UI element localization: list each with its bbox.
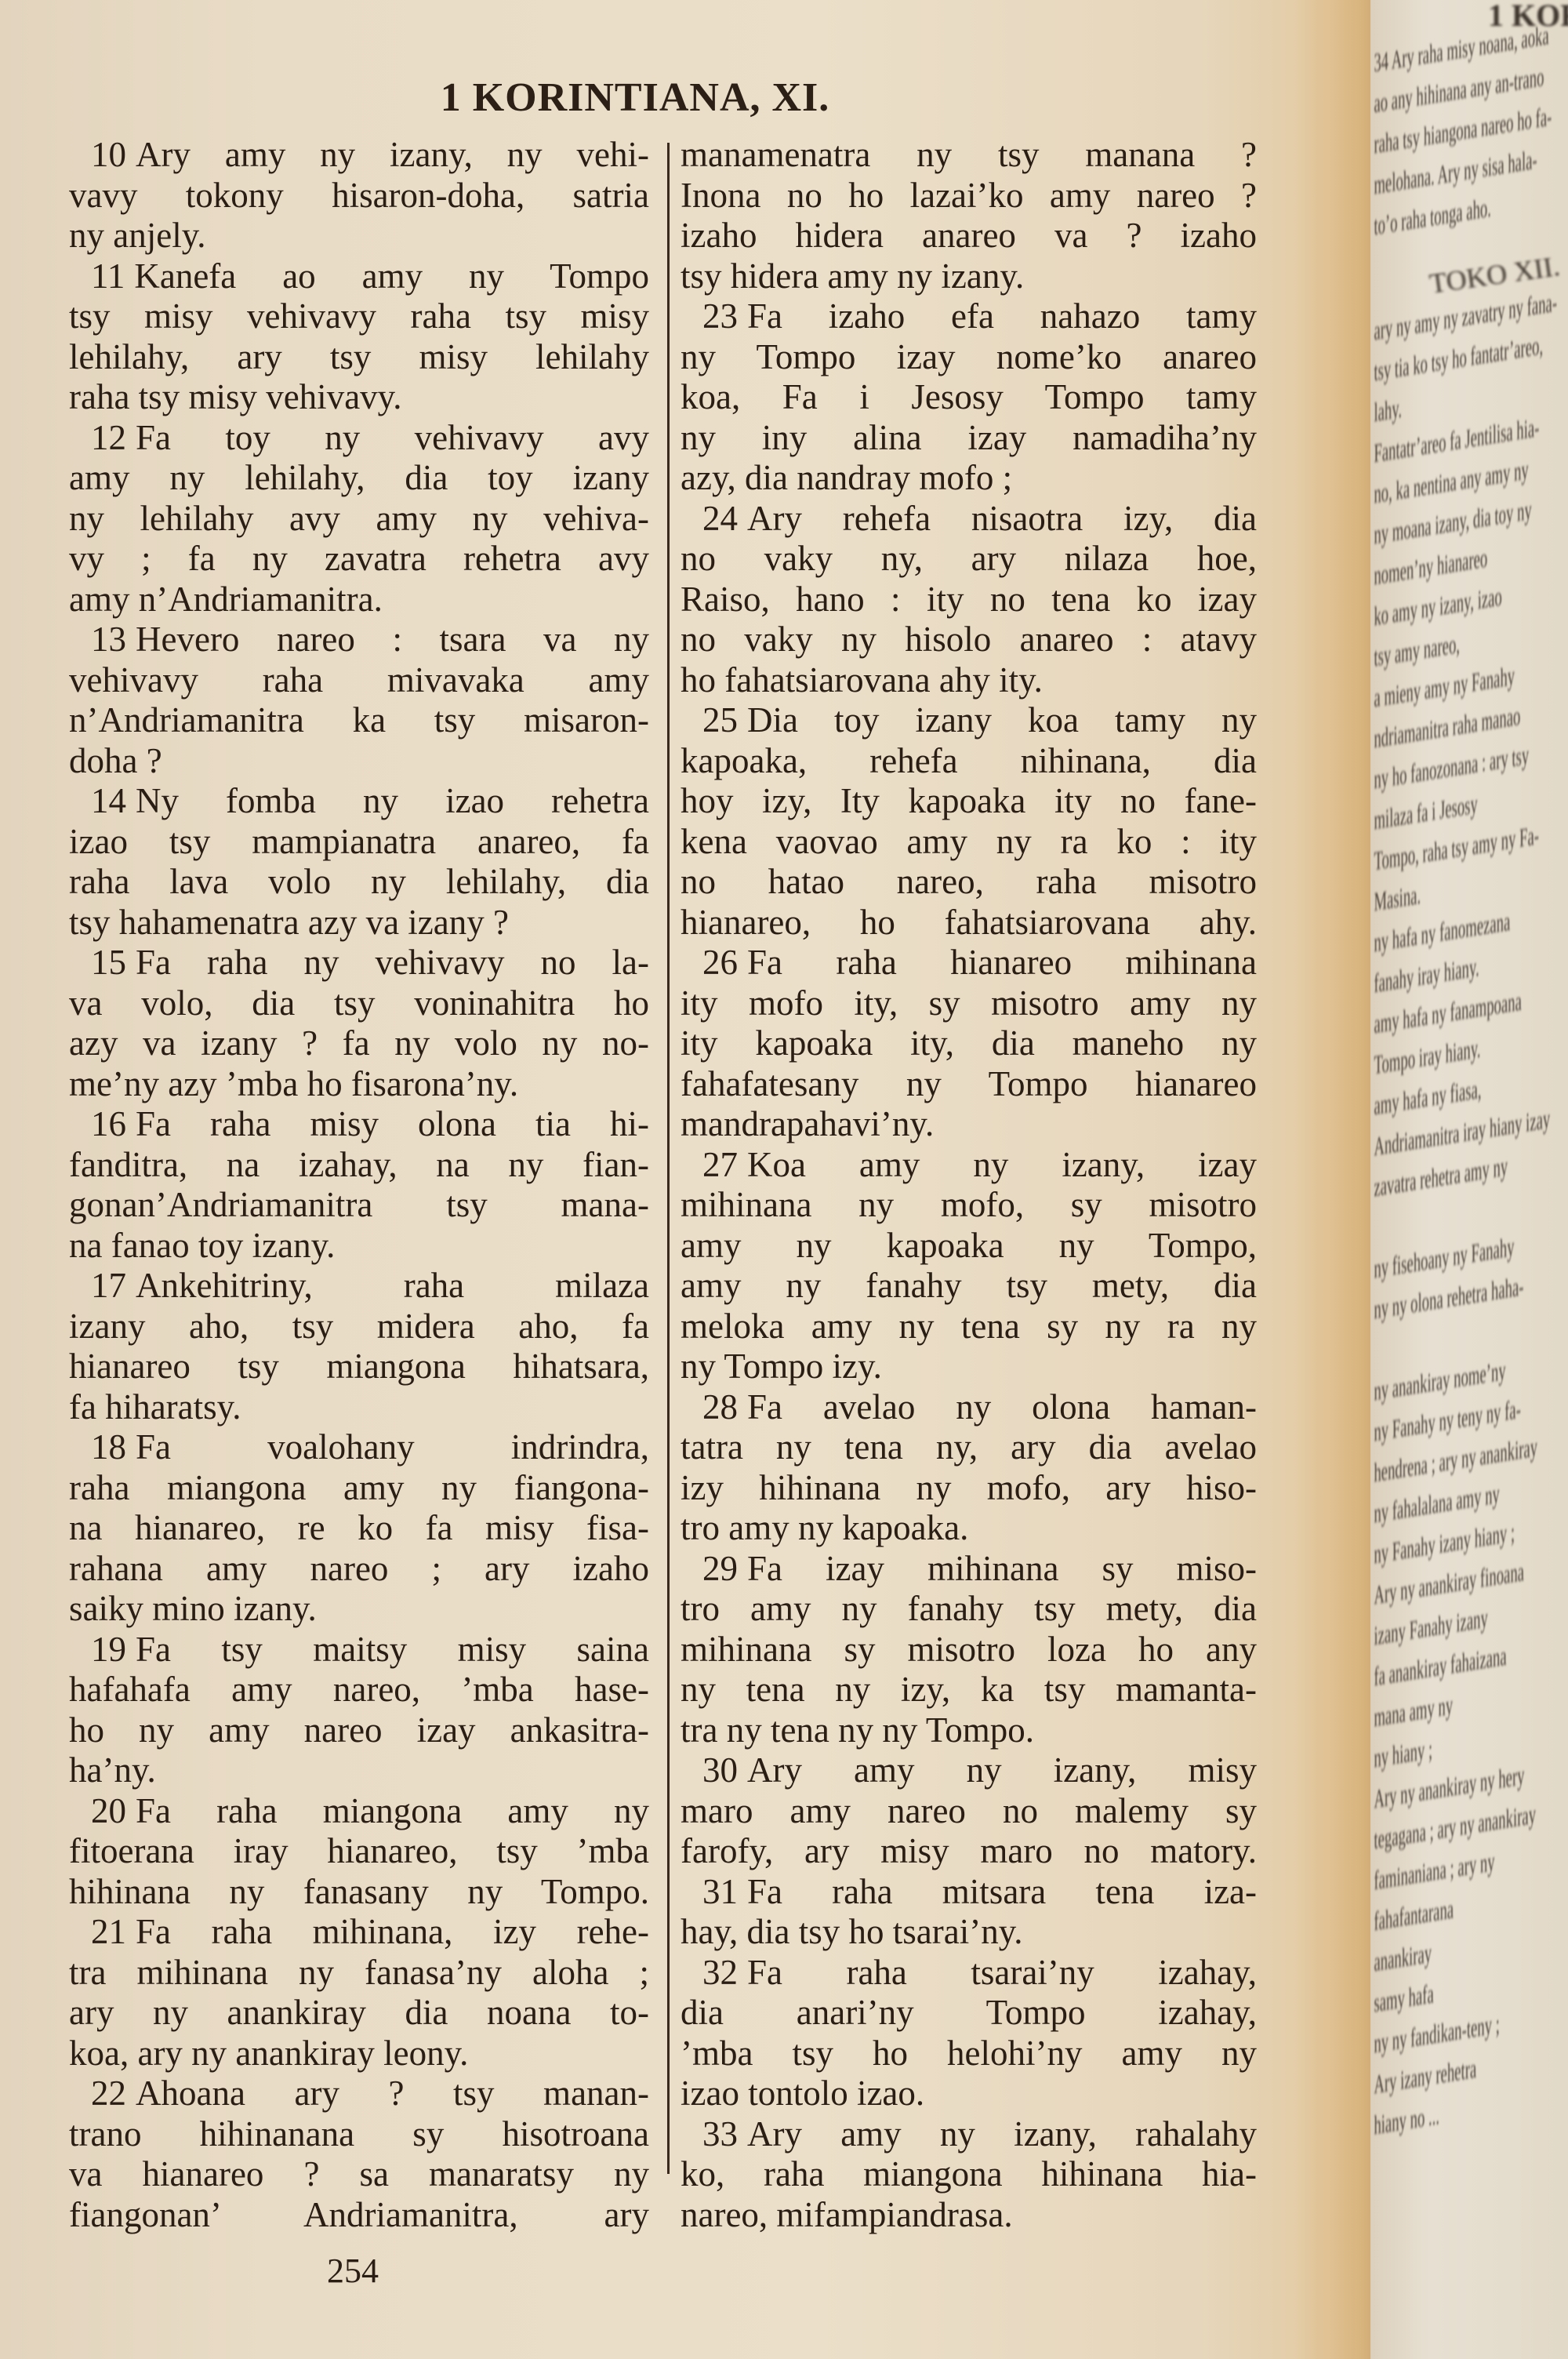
verse-start-line: 13Hevero nareo : tsara va ny xyxy=(69,620,649,660)
line-text: ho ny amy nareo izay ankasitra- xyxy=(69,1710,649,1750)
text-line: va volo, dia tsy voninahitra ho xyxy=(69,983,649,1024)
verse-number: 23 xyxy=(702,296,738,336)
text-line: Inona no ho lazai’ko amy nareo ? xyxy=(681,176,1257,216)
text-line: va hianareo ? sa manaratsy ny xyxy=(69,2154,649,2195)
line-text: doha ? xyxy=(69,741,162,780)
text-line: hafahafa amy nareo, ’mba hase- xyxy=(69,1670,649,1710)
text-line: no vaky ny hisolo anareo : atavy xyxy=(681,620,1257,660)
verse-start-line: 27Koa amy ny izany, izay xyxy=(681,1145,1257,1186)
text-line: ko, raha miangona hihinana hia- xyxy=(681,2154,1257,2195)
line-text: mandrapahavi’ny. xyxy=(681,1104,934,1143)
right-column: manamenatra ny tsy manana ?Inona no ho l… xyxy=(681,135,1257,2235)
line-text: Ahoana ary ? tsy manan- xyxy=(136,2074,649,2113)
text-line: koa, ary ny anankiray leony. xyxy=(69,2034,649,2074)
line-text: farofy, ary misy maro no matory. xyxy=(681,1831,1257,1870)
line-text: no hatao nareo, raha misotro xyxy=(681,862,1257,901)
line-text: me’ny azy ’mba ho fisarona’ny. xyxy=(69,1064,518,1103)
text-line: farofy, ary misy maro no matory. xyxy=(681,1831,1257,1872)
verse-number: 32 xyxy=(702,1953,738,1992)
book-page: 1 KORINTIANA, XI. 10Ary amy ny izany, ny… xyxy=(0,0,1364,2359)
text-line: fitoerana iray hianareo, tsy ’mba xyxy=(69,1831,649,1872)
text-line: ny lehilahy avy amy ny vehiva- xyxy=(69,499,649,540)
line-text: dia anari’ny Tompo izahay, xyxy=(681,1993,1257,2032)
line-text: kapoaka, rehefa nihinana, dia xyxy=(681,741,1257,780)
line-text: tsy hidera amy ny izany. xyxy=(681,256,1024,296)
running-header: 1 KORINTIANA, XI. xyxy=(0,75,1364,121)
line-text: Dia toy izany koa tamy ny xyxy=(747,700,1257,740)
line-text: Fa raha mitsara tena iza- xyxy=(747,1872,1257,1911)
verse-start-line: 25Dia toy izany koa tamy ny xyxy=(681,700,1257,741)
line-text: koa, ary ny anankiray leony. xyxy=(69,2034,468,2073)
verse-number: 12 xyxy=(91,418,126,457)
line-text: tro amy ny kapoaka. xyxy=(681,1508,968,1547)
text-line: ho ny amy nareo izay ankasitra- xyxy=(69,1710,649,1751)
line-text: va volo, dia tsy voninahitra ho xyxy=(69,983,649,1023)
line-text: raha miangona amy ny fiangona- xyxy=(69,1468,649,1507)
line-text: ny anjely. xyxy=(69,216,206,255)
line-text: Ny fomba ny izao rehetra xyxy=(136,781,649,820)
text-line: ha’ny. xyxy=(69,1750,649,1791)
line-text: Hevero nareo : tsara va ny xyxy=(136,620,649,659)
line-text: fitoerana iray hianareo, tsy ’mba xyxy=(69,1831,649,1870)
page-title: 1 KORINTIANA, XI. xyxy=(441,75,830,120)
text-line: dia anari’ny Tompo izahay, xyxy=(681,1993,1257,2034)
verse-start-line: 30Ary amy ny izany, misy xyxy=(681,1750,1257,1791)
text-line: manamenatra ny tsy manana ? xyxy=(681,135,1257,176)
text-line: Raiso, hano : ity no tena ko izay xyxy=(681,580,1257,620)
line-text: Fa raha ny vehivavy no la- xyxy=(136,943,649,982)
text-line: ny anjely. xyxy=(69,216,649,256)
verse-start-line: 22Ahoana ary ? tsy manan- xyxy=(69,2074,649,2114)
text-line: ny tena ny izy, ka tsy mamanta- xyxy=(681,1670,1257,1710)
line-text: ny lehilahy avy amy ny vehiva- xyxy=(69,499,649,538)
line-text: fahafatesany ny Tompo hianareo xyxy=(681,1064,1257,1103)
verse-start-line: 16Fa raha misy olona tia hi- xyxy=(69,1104,649,1145)
text-line: mihinana ny mofo, sy misotro xyxy=(681,1185,1257,1226)
text-line: azy va izany ? fa ny volo ny no- xyxy=(69,1023,649,1064)
text-line: amy n’Andriamanitra. xyxy=(69,580,649,620)
line-text: Fa raha miangona amy ny xyxy=(136,1791,649,1830)
line-text: izao tontolo izao. xyxy=(681,2074,924,2113)
verse-number: 29 xyxy=(702,1549,738,1588)
text-line: tro amy ny kapoaka. xyxy=(681,1508,1257,1549)
text-line: raha lava volo ny lehilahy, dia xyxy=(69,862,649,903)
verse-number: 31 xyxy=(702,1872,738,1911)
line-text: Fa toy ny vehivavy avy xyxy=(136,418,649,457)
line-text: mihinana ny mofo, sy misotro xyxy=(681,1185,1257,1224)
line-text: ny iny alina izay namadiha’ny xyxy=(681,418,1257,457)
line-text: tsy hahamenatra azy va izany ? xyxy=(69,903,509,942)
text-line: doha ? xyxy=(69,741,649,782)
facing-page-text-bottom: ary ny amy ny zavatry ny fana-tsy tia ko… xyxy=(1370,312,1568,2147)
line-text: ny Tompo izay nome’ko anareo xyxy=(681,337,1257,376)
line-text: amy n’Andriamanitra. xyxy=(69,580,383,619)
verse-start-line: 19Fa tsy maitsy misy saina xyxy=(69,1630,649,1670)
line-text: Fa voalohany indrindra, xyxy=(136,1427,649,1467)
text-line: tatra ny tena ny, ary dia avelao xyxy=(681,1427,1257,1468)
line-text: ny Tompo izy. xyxy=(681,1347,882,1386)
text-line: vavy tokony hisaron-doha, satria xyxy=(69,176,649,216)
verse-number: 14 xyxy=(91,781,126,820)
text-line: izaho hidera anareo va ? izaho xyxy=(681,216,1257,256)
line-text: n’Andriamanitra ka tsy misaron- xyxy=(69,700,649,740)
line-text: fiangonan’ Andriamanitra, ary xyxy=(69,2195,649,2234)
verse-start-line: 26Fa raha hianareo mihinana xyxy=(681,943,1257,983)
text-line: trano hihinanana sy hisotroana xyxy=(69,2114,649,2155)
line-text: kena vaovao amy ny ra ko : ity xyxy=(681,822,1257,861)
verse-number: 20 xyxy=(91,1791,126,1830)
line-text: azy, dia nandray mofo ; xyxy=(681,458,1012,497)
line-text: Ary amy ny izany, rahalahy xyxy=(747,2114,1257,2154)
text-line: ity mofo ity, sy misotro amy ny xyxy=(681,983,1257,1024)
line-text: tatra ny tena ny, ary dia avelao xyxy=(681,1427,1257,1467)
column-divider xyxy=(667,143,670,2174)
line-text: na fanao toy izany. xyxy=(69,1226,335,1265)
text-line: fiangonan’ Andriamanitra, ary xyxy=(69,2195,649,2236)
verse-number: 16 xyxy=(91,1104,126,1143)
text-line: n’Andriamanitra ka tsy misaron- xyxy=(69,700,649,741)
verse-number: 24 xyxy=(702,499,738,538)
line-text: gonan’Andriamanitra tsy mana- xyxy=(69,1185,649,1224)
text-line: mandrapahavi’ny. xyxy=(681,1104,1257,1145)
line-text: tro amy ny fanahy tsy mety, dia xyxy=(681,1589,1257,1628)
line-text: ha’ny. xyxy=(69,1750,156,1790)
text-line: kena vaovao amy ny ra ko : ity xyxy=(681,822,1257,863)
text-line: ary ny anankiray dia noana to- xyxy=(69,1993,649,2034)
verse-start-line: 12Fa toy ny vehivavy avy xyxy=(69,418,649,459)
verse-number: 10 xyxy=(91,135,126,174)
text-line: vy ; fa ny zavatra rehetra avy xyxy=(69,539,649,580)
verse-start-line: 32Fa raha tsarai’ny izahay, xyxy=(681,1953,1257,1994)
line-text: ity kapoaka ity, dia maneho ny xyxy=(681,1023,1257,1063)
verse-number: 28 xyxy=(702,1387,738,1427)
text-line: na hianareo, re ko fa misy fisa- xyxy=(69,1508,649,1549)
text-line: hoy izy, Ity kapoaka ity no fane- xyxy=(681,781,1257,822)
verse-start-line: 15Fa raha ny vehivavy no la- xyxy=(69,943,649,983)
line-text: tra mihinana ny fanasa’ny aloha ; xyxy=(69,1953,649,1992)
line-text: ho fahatsiarovana ahy ity. xyxy=(681,660,1043,700)
line-text: azy va izany ? fa ny volo ny no- xyxy=(69,1023,649,1063)
verse-number: 13 xyxy=(91,620,126,659)
verse-start-line: 11Kanefa ao amy ny Tompo xyxy=(69,256,649,297)
line-text: Fa raha tsarai’ny izahay, xyxy=(747,1953,1257,1992)
line-text: izaho hidera anareo va ? izaho xyxy=(681,216,1257,255)
line-text: fa hiharatsy. xyxy=(69,1387,241,1427)
text-line: fa hiharatsy. xyxy=(69,1387,649,1428)
line-text: amy ny kapoaka ny Tompo, xyxy=(681,1226,1257,1265)
text-line: vehivavy raha mivavaka amy xyxy=(69,660,649,701)
line-text: maro amy nareo no malemy sy xyxy=(681,1791,1257,1830)
line-text: amy ny fanahy tsy mety, dia xyxy=(681,1266,1257,1305)
line-text: raha lava volo ny lehilahy, dia xyxy=(69,862,649,901)
line-text: rahana amy nareo ; ary izaho xyxy=(69,1549,649,1588)
line-text: tsy misy vehivavy raha tsy misy xyxy=(69,296,649,336)
line-text: ny tena ny izy, ka tsy mamanta- xyxy=(681,1670,1257,1709)
verse-start-line: 29Fa izay mihinana sy miso- xyxy=(681,1549,1257,1590)
verse-number: 33 xyxy=(702,2114,738,2154)
line-text: Raiso, hano : ity no tena ko izay xyxy=(681,580,1257,619)
verse-number: 11 xyxy=(91,256,125,296)
text-line: ’mba tsy ho helohi’ny amy ny xyxy=(681,2034,1257,2074)
verse-start-line: 20Fa raha miangona amy ny xyxy=(69,1791,649,1832)
line-text: saiky mino izany. xyxy=(69,1589,317,1628)
line-text: na hianareo, re ko fa misy fisa- xyxy=(69,1508,649,1547)
line-text: hihinana ny fanasany ny Tompo. xyxy=(69,1872,649,1911)
verse-number: 30 xyxy=(702,1750,738,1790)
line-text: hoy izy, Ity kapoaka ity no fane- xyxy=(681,781,1257,820)
line-text: va hianareo ? sa manaratsy ny xyxy=(69,2154,649,2194)
line-text: Kanefa ao amy ny Tompo xyxy=(134,256,649,296)
text-line: koa, Fa i Jesosy Tompo tamy xyxy=(681,377,1257,418)
page-number: 254 xyxy=(314,2251,392,2291)
verse-start-line: 18Fa voalohany indrindra, xyxy=(69,1427,649,1468)
text-line: ho fahatsiarovana ahy ity. xyxy=(681,660,1257,701)
text-line: nareo, mifampiandrasa. xyxy=(681,2195,1257,2236)
text-line: raha tsy misy vehivavy. xyxy=(69,377,649,418)
line-text: izy hihinana ny mofo, ary hiso- xyxy=(681,1468,1257,1507)
text-line: ny Tompo izay nome’ko anareo xyxy=(681,337,1257,378)
line-text: Fa izaho efa nahazo tamy xyxy=(747,296,1257,336)
line-text: ary ny anankiray dia noana to- xyxy=(69,1993,649,2032)
text-line: tsy misy vehivavy raha tsy misy xyxy=(69,296,649,337)
verse-number: 25 xyxy=(702,700,738,740)
verse-number: 18 xyxy=(91,1427,126,1467)
line-text: Ankehitriny, raha milaza xyxy=(136,1266,649,1305)
text-line: mihinana sy misotro loza ho any xyxy=(681,1630,1257,1670)
verse-start-line: 10Ary amy ny izany, ny vehi- xyxy=(69,135,649,176)
text-line: hihinana ny fanasany ny Tompo. xyxy=(69,1872,649,1913)
verse-number: 27 xyxy=(702,1145,738,1184)
left-column: 10Ary amy ny izany, ny vehi-vavy tokony … xyxy=(69,135,649,2235)
line-text: manamenatra ny tsy manana ? xyxy=(681,135,1257,174)
text-line: hianareo, ho fahatsiarovana ahy. xyxy=(681,903,1257,943)
text-line: fahafatesany ny Tompo hianareo xyxy=(681,1064,1257,1105)
line-text: Fa raha hianareo mihinana xyxy=(747,943,1257,982)
text-line: amy ny fanahy tsy mety, dia xyxy=(681,1266,1257,1307)
verse-number: 15 xyxy=(91,943,126,982)
text-line: amy ny lehilahy, dia toy izany xyxy=(69,458,649,499)
line-text: tra ny tena ny ny Tompo. xyxy=(681,1710,1034,1750)
verse-number: 26 xyxy=(702,943,738,982)
line-text: vy ; fa ny zavatra rehetra avy xyxy=(69,539,649,578)
text-line: ny Tompo izy. xyxy=(681,1347,1257,1387)
text-line: izao tsy mampianatra anareo, fa xyxy=(69,822,649,863)
verse-start-line: 31Fa raha mitsara tena iza- xyxy=(681,1872,1257,1913)
verse-start-line: 17Ankehitriny, raha milaza xyxy=(69,1266,649,1307)
text-line: saiky mino izany. xyxy=(69,1589,649,1630)
text-line: fanditra, na izahay, na ny fian- xyxy=(69,1145,649,1186)
text-line: izy hihinana ny mofo, ary hiso- xyxy=(681,1468,1257,1509)
text-line: na fanao toy izany. xyxy=(69,1226,649,1267)
text-line: ity kapoaka ity, dia maneho ny xyxy=(681,1023,1257,1064)
line-text: Inona no ho lazai’ko amy nareo ? xyxy=(681,176,1257,215)
text-line: azy, dia nandray mofo ; xyxy=(681,458,1257,499)
line-text: fanditra, na izahay, na ny fian- xyxy=(69,1145,649,1184)
text-line: hay, dia tsy ho tsarai’ny. xyxy=(681,1912,1257,1953)
line-text: hafahafa amy nareo, ’mba hase- xyxy=(69,1670,649,1709)
verse-start-line: 21Fa raha mihinana, izy rehe- xyxy=(69,1912,649,1953)
text-line: tsy hidera amy ny izany. xyxy=(681,256,1257,297)
text-line: meloka amy ny tena sy ny ra ny xyxy=(681,1307,1257,1347)
verse-start-line: 14Ny fomba ny izao rehetra xyxy=(69,781,649,822)
line-text: lehilahy, ary tsy misy lehilahy xyxy=(69,337,649,376)
line-text: nareo, mifampiandrasa. xyxy=(681,2195,1013,2234)
text-line: izao tontolo izao. xyxy=(681,2074,1257,2114)
text-line: rahana amy nareo ; ary izaho xyxy=(69,1549,649,1590)
text-line: kapoaka, rehefa nihinana, dia xyxy=(681,741,1257,782)
verse-start-line: 23Fa izaho efa nahazo tamy xyxy=(681,296,1257,337)
text-line: no hatao nareo, raha misotro xyxy=(681,862,1257,903)
line-text: izao tsy mampianatra anareo, fa xyxy=(69,822,649,861)
line-text: Ary amy ny izany, ny vehi- xyxy=(136,135,649,174)
verse-start-line: 28Fa avelao ny olona haman- xyxy=(681,1387,1257,1428)
text-line: no vaky ny, ary nilaza hoe, xyxy=(681,539,1257,580)
verse-start-line: 24Ary rehefa nisaotra izy, dia xyxy=(681,499,1257,540)
line-text: ko, raha miangona hihinana hia- xyxy=(681,2154,1257,2194)
line-text: Ary amy ny izany, misy xyxy=(747,1750,1257,1790)
line-text: Fa avelao ny olona haman- xyxy=(747,1387,1257,1427)
text-line: me’ny azy ’mba ho fisarona’ny. xyxy=(69,1064,649,1105)
verse-number: 22 xyxy=(91,2074,126,2113)
line-text: Fa tsy maitsy misy saina xyxy=(136,1630,649,1669)
text-line: amy ny kapoaka ny Tompo, xyxy=(681,1226,1257,1267)
text-line: tra ny tena ny ny Tompo. xyxy=(681,1710,1257,1751)
line-text: raha tsy misy vehivavy. xyxy=(69,377,402,416)
page-curl-gutter xyxy=(1294,0,1380,2359)
line-text: Ary rehefa nisaotra izy, dia xyxy=(747,499,1257,538)
line-text: koa, Fa i Jesosy Tompo tamy xyxy=(681,377,1257,416)
line-text: Fa raha misy olona tia hi- xyxy=(136,1104,649,1143)
text-line: tra mihinana ny fanasa’ny aloha ; xyxy=(69,1953,649,1994)
facing-page-text-top: 34 Ary raha misy noana, aokaao any hihin… xyxy=(1370,44,1568,248)
text-line: hianareo tsy miangona hihatsara, xyxy=(69,1347,649,1387)
line-text: Koa amy ny izany, izay xyxy=(747,1145,1257,1184)
text-line: tsy hahamenatra azy va izany ? xyxy=(69,903,649,943)
line-text: ’mba tsy ho helohi’ny amy ny xyxy=(681,2034,1257,2073)
line-text: meloka amy ny tena sy ny ra ny xyxy=(681,1307,1257,1346)
text-line: izany aho, tsy midera aho, fa xyxy=(69,1307,649,1347)
facing-page: 1 KOR 34 Ary raha misy noana, aokaao any… xyxy=(1370,0,1568,2359)
text-line: tro amy ny fanahy tsy mety, dia xyxy=(681,1589,1257,1630)
verse-number: 21 xyxy=(91,1912,126,1951)
line-text: amy ny lehilahy, dia toy izany xyxy=(69,458,649,497)
line-text: ity mofo ity, sy misotro amy ny xyxy=(681,983,1257,1023)
text-line: raha miangona amy ny fiangona- xyxy=(69,1468,649,1509)
text-line: lehilahy, ary tsy misy lehilahy xyxy=(69,337,649,378)
text-line: maro amy nareo no malemy sy xyxy=(681,1791,1257,1832)
line-text: no vaky ny, ary nilaza hoe, xyxy=(681,539,1257,578)
text-line: gonan’Andriamanitra tsy mana- xyxy=(69,1185,649,1226)
line-text: Fa raha mihinana, izy rehe- xyxy=(136,1912,649,1951)
text-line: ny iny alina izay namadiha’ny xyxy=(681,418,1257,459)
verse-number: 19 xyxy=(91,1630,126,1669)
verse-start-line: 33Ary amy ny izany, rahalahy xyxy=(681,2114,1257,2155)
verse-number: 17 xyxy=(91,1266,126,1305)
line-text: hay, dia tsy ho tsarai’ny. xyxy=(681,1912,1023,1951)
line-text: mihinana sy misotro loza ho any xyxy=(681,1630,1257,1669)
line-text: vavy tokony hisaron-doha, satria xyxy=(69,176,649,215)
line-text: hianareo, ho fahatsiarovana ahy. xyxy=(681,903,1257,942)
line-text: hianareo tsy miangona hihatsara, xyxy=(69,1347,649,1386)
line-text: Fa izay mihinana sy miso- xyxy=(747,1549,1257,1588)
line-text: no vaky ny hisolo anareo : atavy xyxy=(681,620,1257,659)
line-text: vehivavy raha mivavaka amy xyxy=(69,660,649,700)
line-text: izany aho, tsy midera aho, fa xyxy=(69,1307,649,1346)
line-text: trano hihinanana sy hisotroana xyxy=(69,2114,649,2154)
